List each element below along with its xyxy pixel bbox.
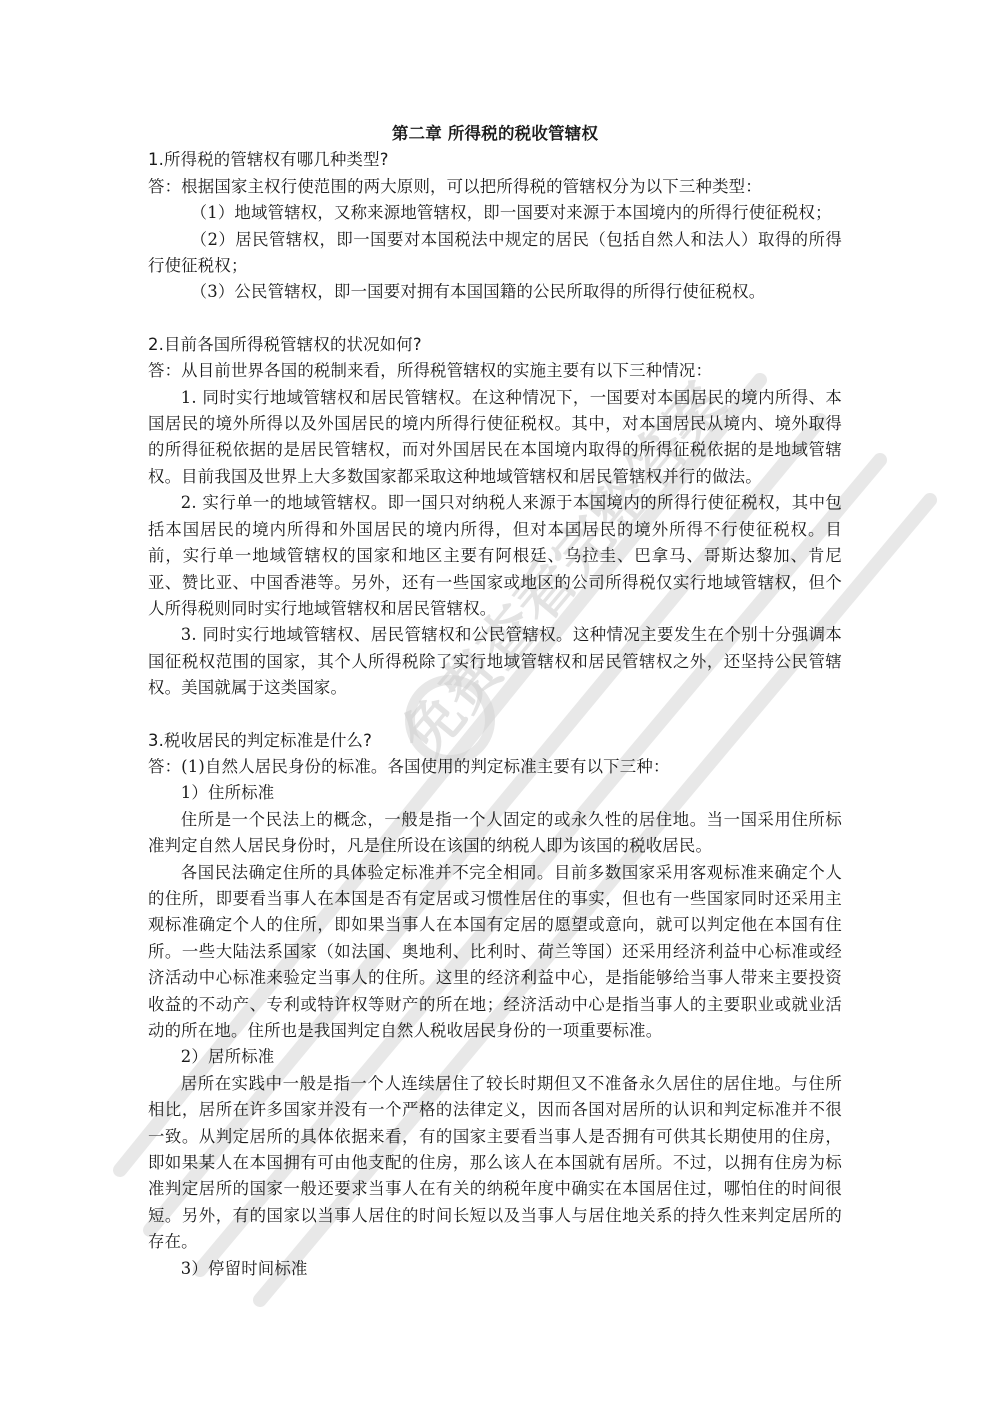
question-2: 2.目前各国所得税管辖权的状况如何? bbox=[148, 332, 842, 358]
answer-2-item-1: 1. 同时实行地域管辖权和居民管辖权。在这种情况下，一国要对本国居民的境内所得、… bbox=[148, 385, 842, 491]
sub-heading-residence: 2）居所标准 bbox=[148, 1044, 842, 1070]
question-3: 3.税收居民的判定标准是什么? bbox=[148, 728, 842, 754]
answer-1-item-2: （2）居民管辖权，即一国要对本国税法中规定的居民（包括自然人和法人）取得的所得行… bbox=[148, 227, 842, 280]
answer-2-item-3: 3. 同时实行地域管辖权、居民管辖权和公民管辖权。这种情况主要发生在个别十分强调… bbox=[148, 622, 842, 701]
answer-3-intro: 答：(1)自然人居民身份的标准。各国使用的判定标准主要有以下三种： bbox=[148, 754, 842, 780]
residence-paragraph-1: 居所在实践中一般是指一个人连续居住了较长时期但又不准备永久居住的居住地。与住所相… bbox=[148, 1071, 842, 1256]
question-1: 1.所得税的管辖权有哪几种类型? bbox=[148, 147, 842, 173]
sub-heading-stay-duration: 3）停留时间标准 bbox=[148, 1256, 842, 1282]
document-page: 第二章 所得税的税收管辖权 1.所得税的管辖权有哪几种类型? 答：根据国家主权行… bbox=[148, 121, 842, 1282]
sub-heading-domicile: 1）住所标准 bbox=[148, 780, 842, 806]
answer-1-item-1: （1）地域管辖权，又称来源地管辖权，即一国要对来源于本国境内的所得行使征税权； bbox=[148, 200, 842, 226]
answer-1-intro: 答：根据国家主权行使范围的两大原则，可以把所得税的管辖权分为以下三种类型： bbox=[148, 174, 842, 200]
domicile-paragraph-2: 各国民法确定住所的具体验定标准并不完全相同。目前多数国家采用客观标准来确定个人的… bbox=[148, 860, 842, 1045]
answer-2-intro: 答：从目前世界各国的税制来看，所得税管辖权的实施主要有以下三种情况： bbox=[148, 358, 842, 384]
domicile-paragraph-1: 住所是一个民法上的概念，一般是指一个人固定的或永久性的居住地。当一国采用住所标准… bbox=[148, 807, 842, 860]
chapter-title: 第二章 所得税的税收管辖权 bbox=[148, 121, 842, 147]
answer-1-item-3: （3）公民管辖权，即一国要对拥有本国国籍的公民所取得的所得行使征税权。 bbox=[148, 279, 842, 305]
answer-2-item-2: 2. 实行单一的地域管辖权。即一国只对纳税人来源于本国境内的所得行使征税权，其中… bbox=[148, 490, 842, 622]
spacer bbox=[148, 306, 842, 332]
spacer bbox=[148, 702, 842, 728]
